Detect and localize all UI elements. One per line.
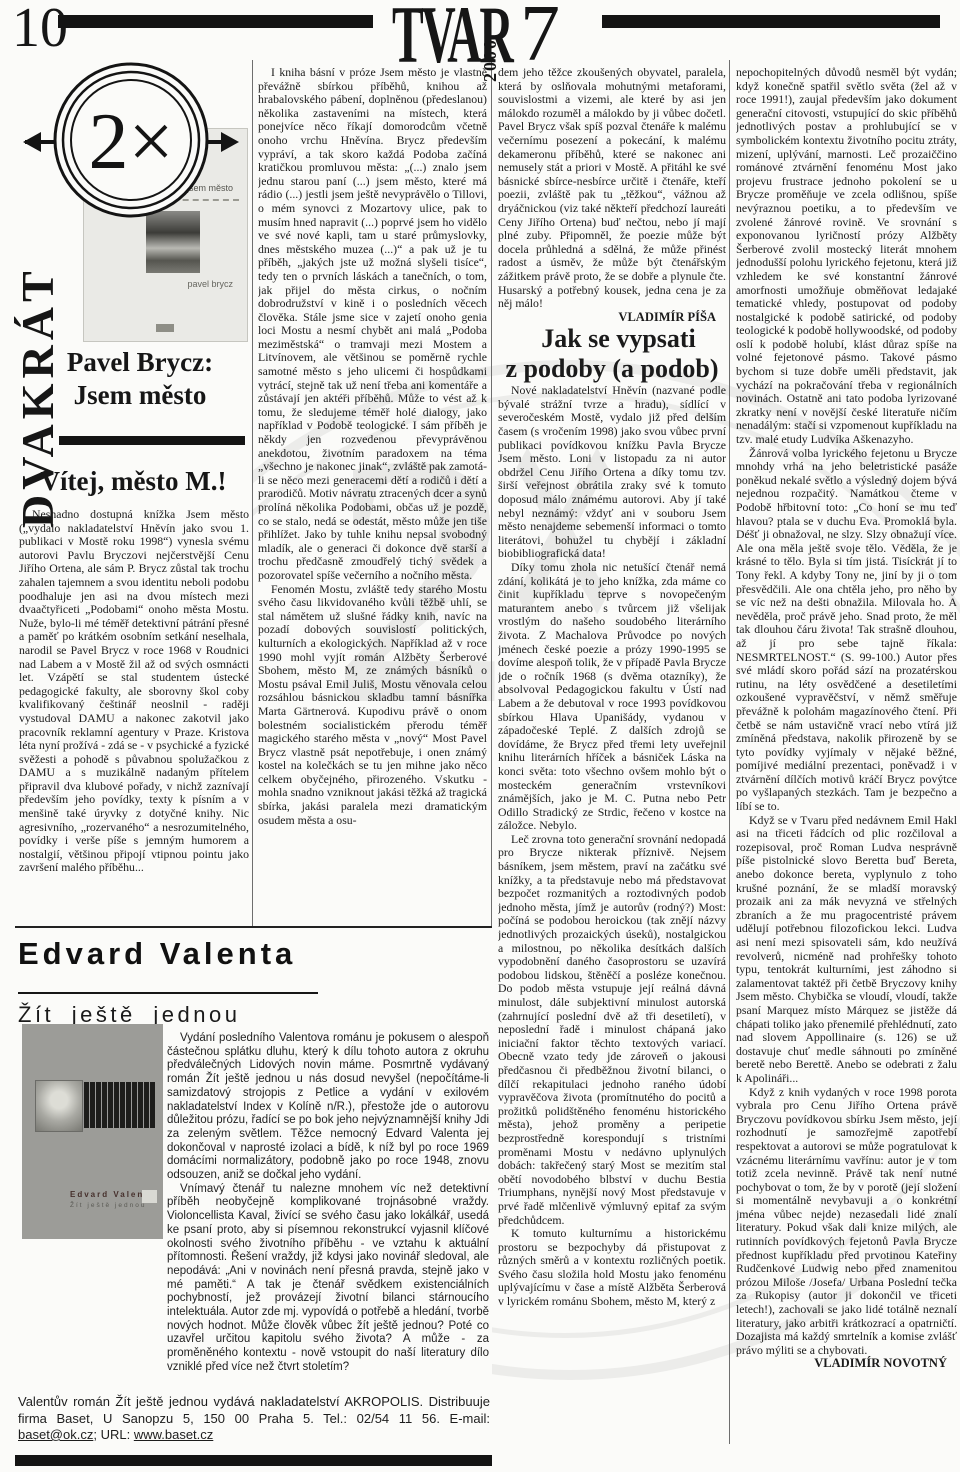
byline-novotny: VLADIMÍR NOVOTNÝ <box>736 1357 957 1371</box>
review2-title-line1: Jak se vypsati <box>541 324 696 353</box>
article-paragraph: Žánrová volba lyrického fejetonu u Brycz… <box>736 447 957 814</box>
valenta-paragraph: Vnímavý čtenář tu nalezne mnohem víc než… <box>167 1183 489 1375</box>
valenta-distribution-note: Valentův román Žít ještě jednou vydává n… <box>18 1394 490 1444</box>
column-rule-1 <box>252 60 253 926</box>
column-rule-3 <box>729 60 730 1444</box>
dvakrat-2x-logo: 2× <box>23 56 239 228</box>
issue-number: 7 <box>520 0 560 74</box>
article-paragraph: Leč zrovna toto generační srovnání nedop… <box>498 833 726 1227</box>
cover2-publisher-mark <box>142 1190 157 1203</box>
column-3: dem jeho těžce zkoušených obyvatel, para… <box>498 66 726 1458</box>
valenta-heading-underline <box>18 992 318 994</box>
cover2-portrait-photo <box>35 1080 83 1132</box>
valenta-author-heading: Edvard Valenta <box>18 936 296 972</box>
article-paragraph: Když se v Tvaru před nedávnem Emil Hakl … <box>736 814 957 1086</box>
valenta-body: Vydání posledního Valentova románu je po… <box>167 1032 489 1398</box>
column-4: nepochopitelných důvodů nesměl být vydán… <box>736 66 957 1456</box>
valenta-feature: Edvard Valenta Žít ještě jednou Edvard V… <box>15 926 492 1468</box>
byline-pisa: VLADIMÍR PÍŠA <box>498 311 726 325</box>
header-bar-left <box>58 15 373 28</box>
reviewed-book-heading: Pavel Brycz: Jsem město <box>43 346 237 412</box>
article-paragraph: Když z knih vydaných v roce 1998 porota … <box>736 1086 957 1358</box>
heading-rule-bar <box>59 436 245 445</box>
email-link[interactable]: baset@ok.cz <box>18 1427 93 1442</box>
article-paragraph: nepochopitelných důvodů nesměl být vydán… <box>736 66 957 447</box>
bottom-rule-bar <box>15 1455 492 1466</box>
review2-title: Jak se vypsati z podoby (a podob) <box>498 324 726 384</box>
logo-arrow-right <box>221 132 239 152</box>
cover1-publisher-mark <box>156 324 174 332</box>
cover2-title: Žít ještě jednou <box>70 1202 146 1209</box>
reviewed-book-title: Jsem město <box>43 379 237 412</box>
reviewed-book-author: Pavel Brycz: <box>43 346 237 379</box>
review1-title: Vítej, město M.! <box>15 466 252 497</box>
magazine-page: 2 × 10 TVAR 2000 7 DVAKRÁT 2× jsem město… <box>0 0 960 1472</box>
header-bar-right <box>602 15 940 28</box>
logo-arrow-left <box>23 132 41 152</box>
article-paragraph: Díky tomu zhola nic netušící čtenář nemá… <box>498 561 726 833</box>
article-paragraph: Nové nakladatelství Hněvín (nazvané podl… <box>498 384 726 561</box>
distribution-text: Valentův román Žít ještě jednou vydává n… <box>18 1394 490 1426</box>
article-paragraph: I kniha básní v próze Jsem město je vlas… <box>258 66 487 583</box>
valenta-paragraph: Vydání posledního Valentova románu je po… <box>167 1032 489 1183</box>
review2-title-line2: z podoby (a podob) <box>505 354 718 383</box>
dvakrat-panel: DVAKRÁT 2× jsem město pavel brycz Pavel … <box>15 58 252 932</box>
review1-paragraph: Nesnadno dostupná knížka Jsem město („vy… <box>19 508 249 875</box>
review1-body: Nesnadno dostupná knížka Jsem město („vy… <box>19 508 249 932</box>
magazine-year: 2000 <box>480 4 501 82</box>
page-number: 10 <box>12 0 68 56</box>
column-2: I kniha básní v próze Jsem město je vlas… <box>258 66 487 928</box>
article-paragraph: dem jeho těžce zkoušených obyvatel, para… <box>498 66 726 311</box>
cover1-author: pavel brycz <box>187 279 233 289</box>
distribution-separator: ; URL: <box>93 1427 133 1442</box>
article-paragraph: Fenomén Mostu, zvláště tedy starého Most… <box>258 583 487 828</box>
url-link[interactable]: www.baset.cz <box>134 1427 213 1442</box>
logo-2x-text: 2× <box>88 98 173 186</box>
book-cover-zit-jeste-jednou: Edvard Valenta Žít ještě jednou <box>22 1024 163 1239</box>
article-paragraph: K tomuto kulturnímu a historickému prost… <box>498 1227 726 1309</box>
cover2-manuscript-band <box>83 1082 155 1128</box>
